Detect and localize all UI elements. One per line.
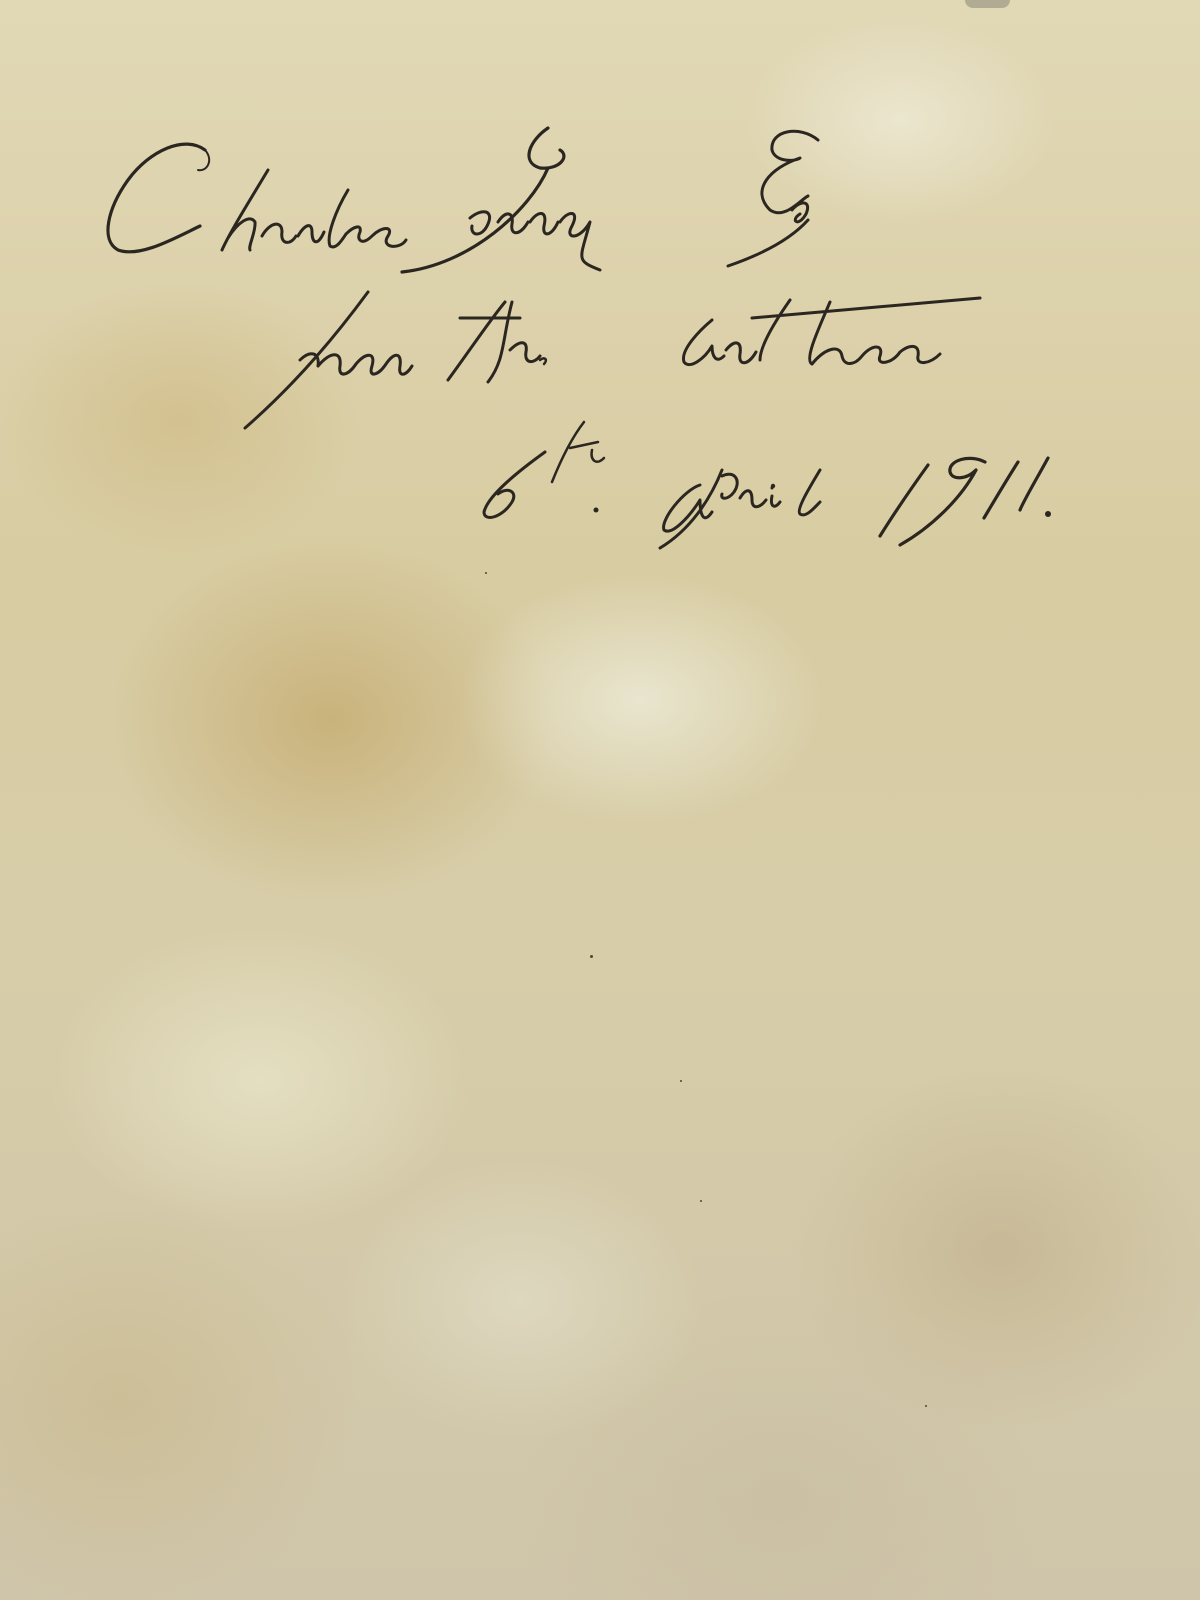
book-page: Charles Young Esq from the Author 6th Ap… xyxy=(0,0,1200,1600)
foxing-speck xyxy=(680,1080,682,1082)
inscription-from-text: from the Author xyxy=(280,300,803,374)
inscription-date-text: 6th April 1911. xyxy=(480,440,970,514)
inscription-recipient-text: Charles Young Esq xyxy=(100,150,786,234)
foxing-speck xyxy=(700,1200,702,1202)
foxing-speck xyxy=(485,572,487,574)
foxing-speck xyxy=(590,955,593,958)
foxing-speck xyxy=(925,1405,927,1407)
